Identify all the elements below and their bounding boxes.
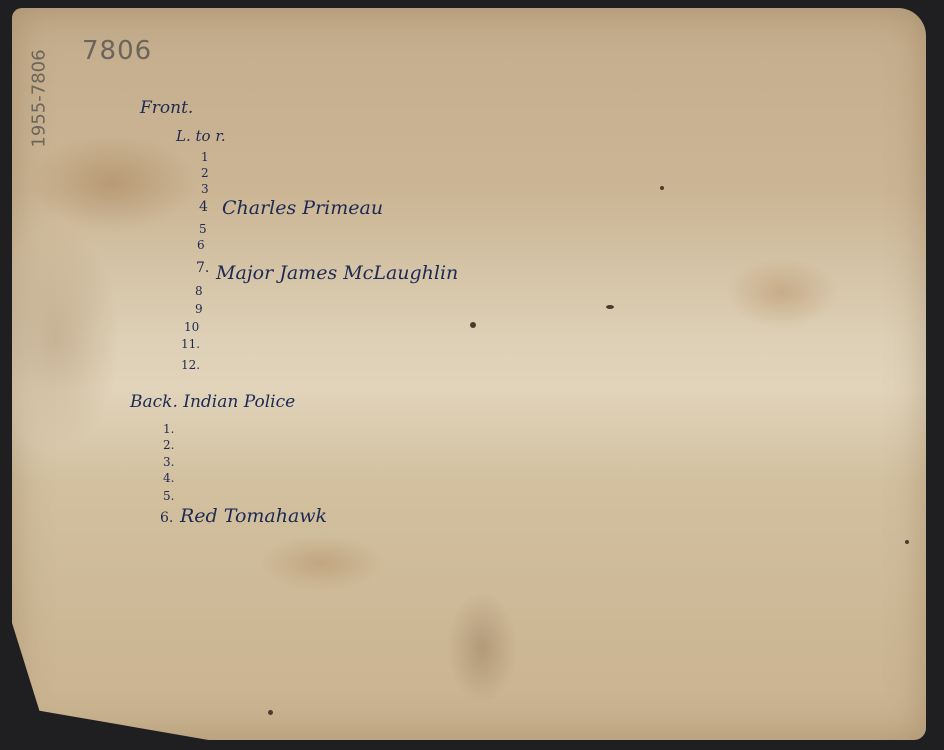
back-num-4: 4. — [163, 471, 174, 485]
front-num-5: 5 — [199, 222, 207, 236]
ink-spot — [905, 540, 909, 544]
front-num-10: 10 — [184, 320, 199, 334]
back-num-6: 6. — [160, 510, 173, 526]
ink-spot — [606, 305, 614, 309]
front-num-12: 12. — [181, 358, 200, 372]
ink-spot — [660, 186, 664, 190]
front-num-4: 4 — [199, 199, 208, 215]
back-num-3: 3. — [163, 455, 174, 469]
front-num-2: 2 — [201, 166, 209, 180]
back-num-2: 2. — [163, 438, 174, 452]
front-num-1: 1 — [201, 150, 209, 164]
front-name-4: Charles Primeau — [222, 197, 383, 219]
front-num-3: 3 — [201, 182, 209, 196]
front-num-7: 7. — [196, 260, 209, 276]
back-name-6: Red Tomahawk — [180, 505, 327, 527]
catalog-number: 7806 — [82, 36, 152, 66]
back-num-1: 1. — [163, 422, 174, 436]
back-num-5: 5. — [163, 489, 174, 503]
front-num-11: 11. — [181, 337, 200, 351]
front-heading: Front. — [140, 98, 193, 118]
front-num-8: 8 — [195, 284, 203, 298]
catalog-number-vertical: 1955-7806 — [29, 49, 50, 147]
ink-spot — [470, 322, 476, 328]
front-num-6: 6 — [197, 238, 205, 252]
front-name-7: Major James McLaughlin — [216, 262, 458, 284]
front-num-9: 9 — [195, 302, 203, 316]
ink-spot — [268, 710, 273, 715]
back-heading: Back. Indian Police — [130, 392, 295, 412]
order-note: L. to r. — [176, 127, 226, 145]
